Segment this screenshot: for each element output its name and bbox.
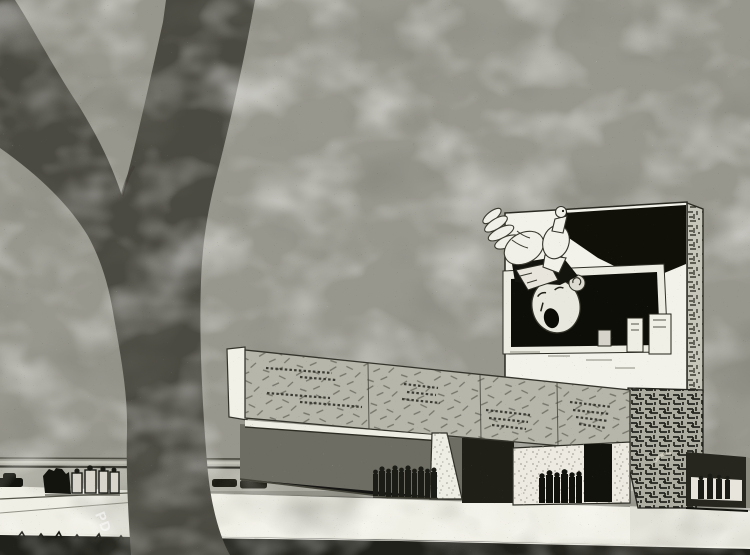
film-grain-light bbox=[0, 0, 750, 555]
scanned-drawing-page: PD bbox=[0, 0, 750, 555]
artwork-canvas: PD bbox=[0, 0, 750, 555]
